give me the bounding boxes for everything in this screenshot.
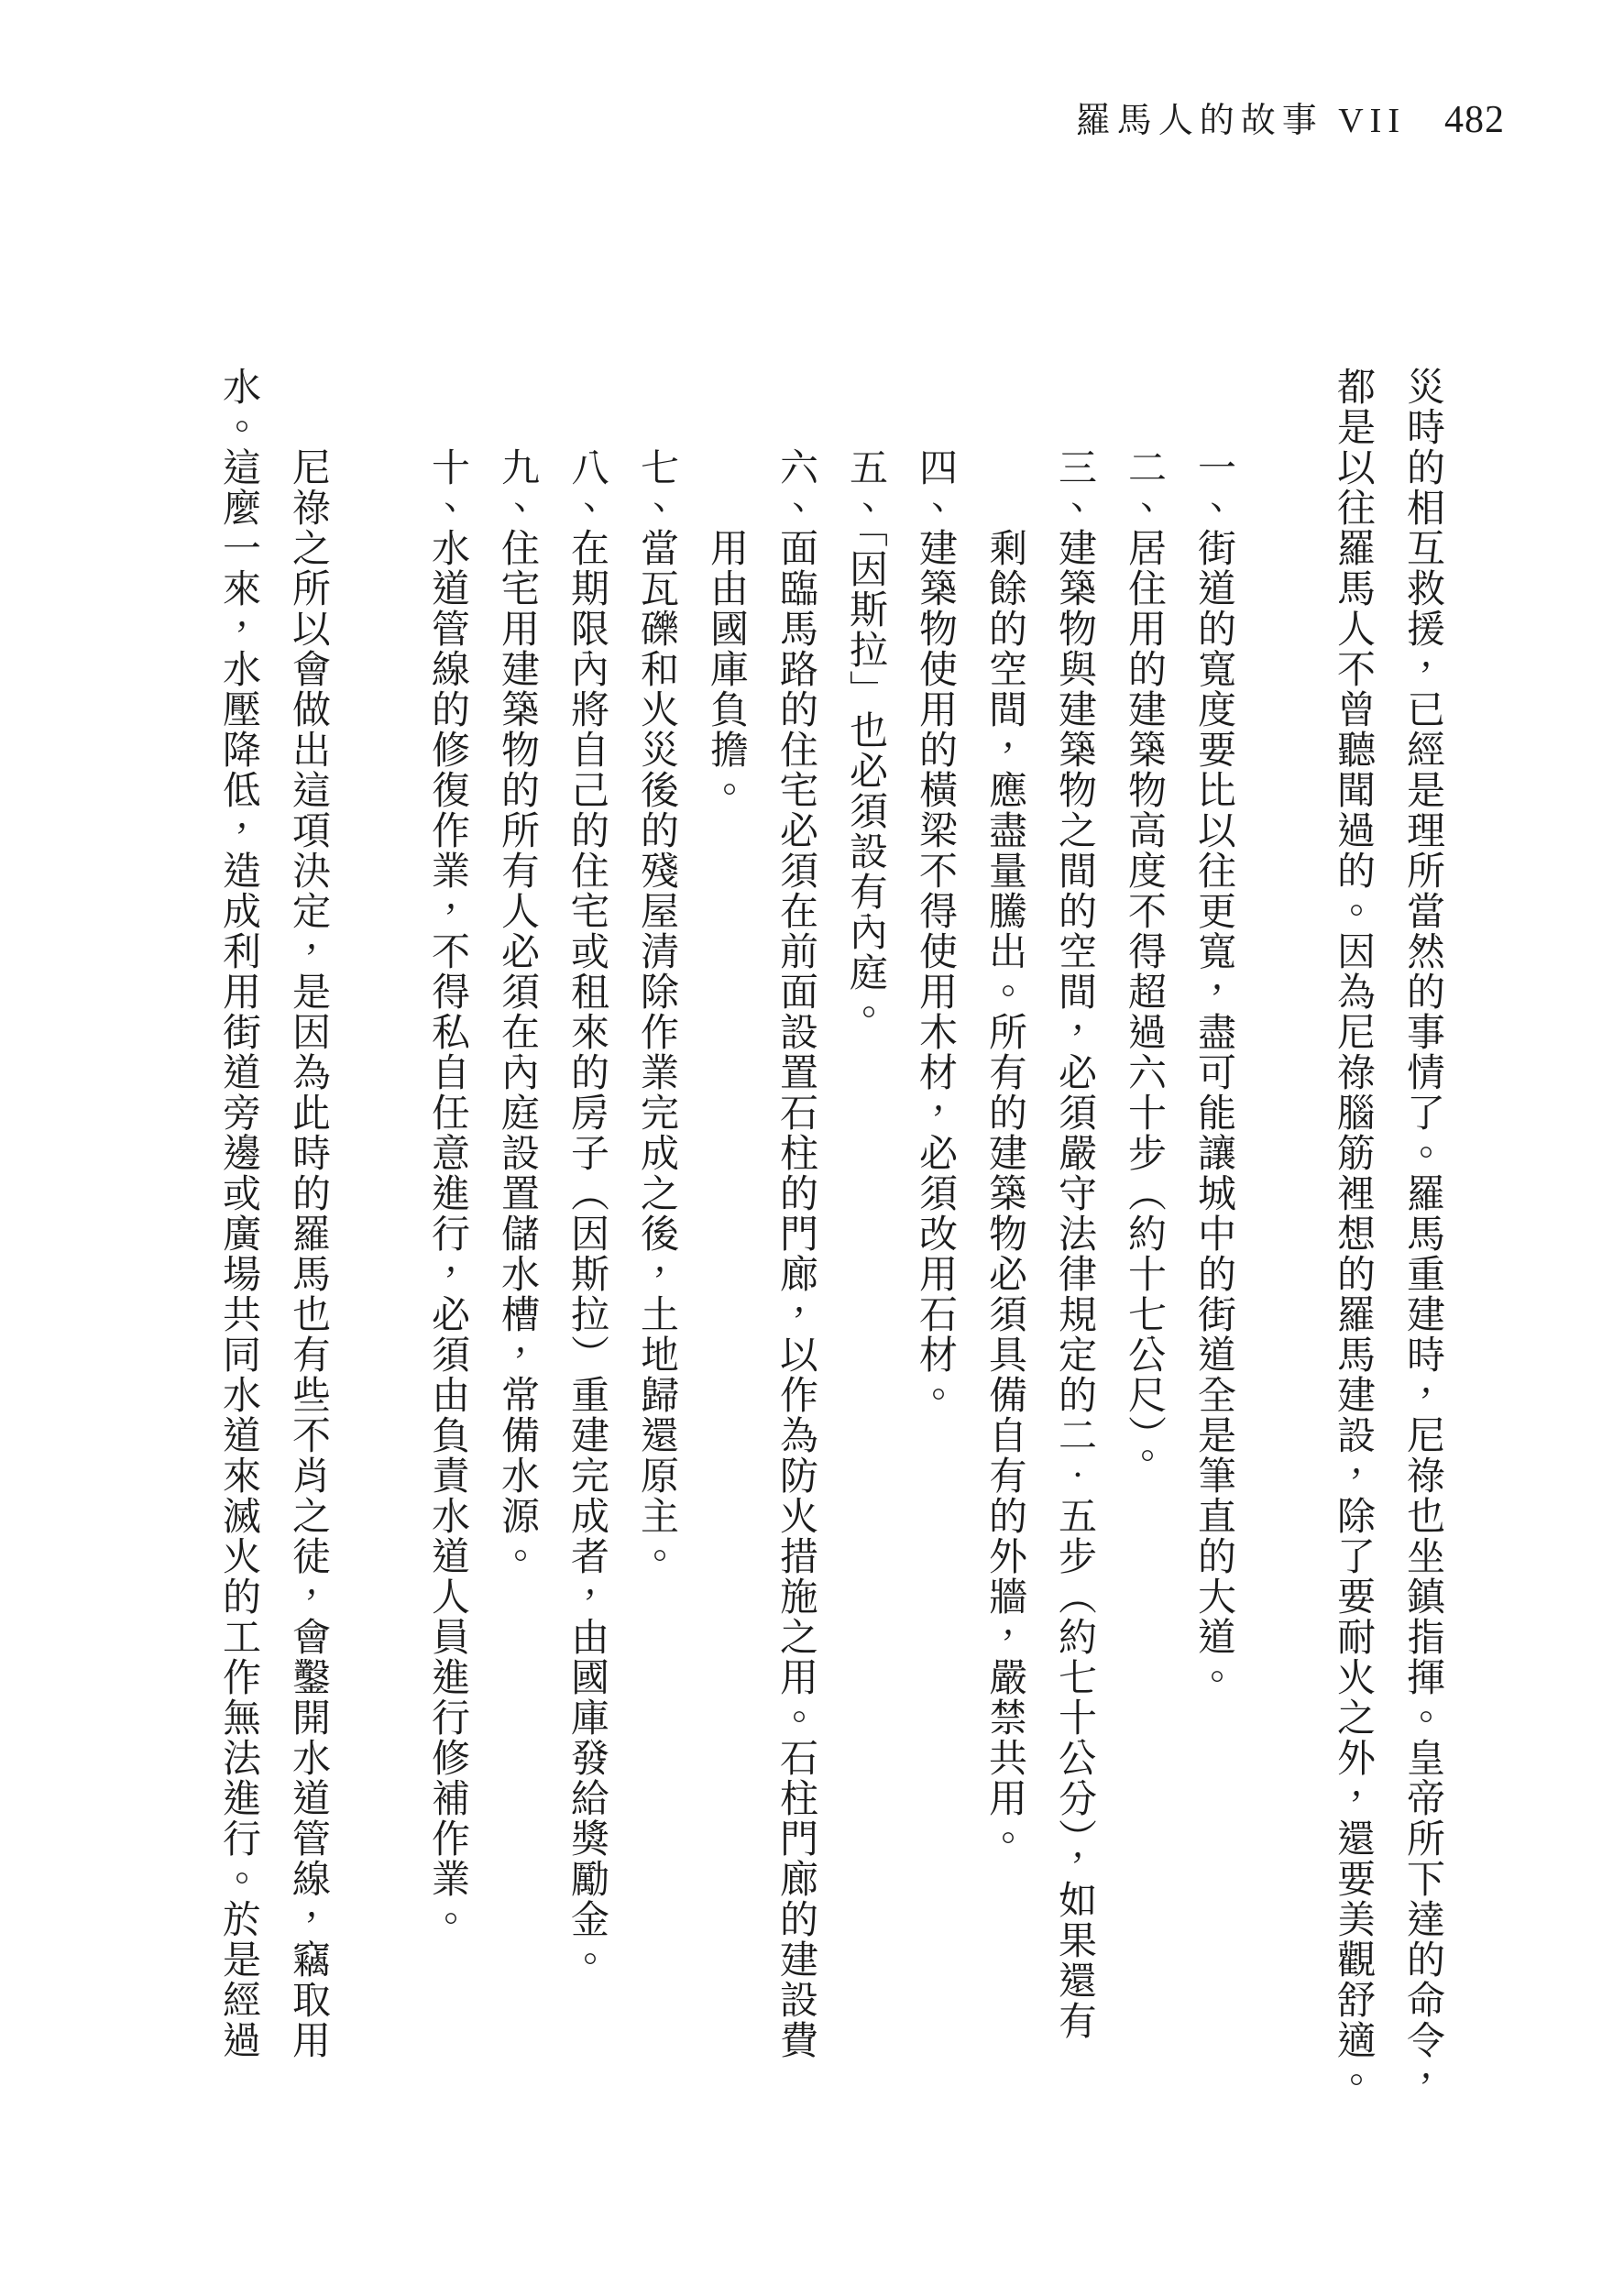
text-column: 五、「因斯拉」也必須設有內庭。 [830,367,900,2108]
book-page: 羅馬人的故事 VII 482 災時的相互救援，已經是理所當然的事情了。羅馬重建時… [0,0,1624,2273]
text-column: 一、街道的寬度要比以往更寬，盡可能讓城中的街道全是筆直的大道。 [1179,367,1248,2108]
text-column: 六、面臨馬路的住宅必須在前面設置石柱的門廊，以作為防火措施之用。石柱門廊的建設費 [761,367,830,2108]
text-column: 剩餘的空間，應盡量騰出。所有的建築物必須具備自有的外牆，嚴禁共用。 [970,367,1039,2108]
text-column: 三、建築物與建築物之間的空間，必須嚴守法律規定的二．五步（約七十公分），如果還有 [1039,367,1109,2108]
text-column: 七、當瓦礫和火災後的殘屋清除作業完成之後，土地歸還原主。 [621,367,691,2108]
text-column: 都是以往羅馬人不曾聽聞過的。因為尼祿腦筋裡想的羅馬建設，除了要耐火之外，還要美觀… [1318,367,1388,2108]
text-column: 九、住宅用建築物的所有人必須在內庭設置儲水槽，常備水源。 [482,367,552,2108]
page-number: 482 [1444,98,1505,142]
running-head: 羅馬人的故事 VII 482 [1076,92,1505,142]
text-column: 八、在期限內將自己的住宅或租來的房子（因斯拉）重建完成者，由國庫發給獎勵金。 [552,367,621,2108]
vertical-text-block: 災時的相互救援，已經是理所當然的事情了。羅馬重建時，尼祿也坐鎮指揮。皇帝所下達的… [203,367,1457,2108]
text-column: 四、建築物使用的橫梁不得使用木材，必須改用石材。 [900,367,970,2108]
text-column: 十、水道管線的修復作業，不得私自任意進行，必須由負責水道人員進行修補作業。 [412,367,482,2108]
text-column: 水。這麼一來，水壓降低，造成利用街道旁邊或廣場共同水道來滅火的工作無法進行。於是… [203,367,273,2108]
text-column: 災時的相互救援，已經是理所當然的事情了。羅馬重建時，尼祿也坐鎮指揮。皇帝所下達的… [1388,367,1457,2108]
text-column: 尼祿之所以會做出這項決定，是因為此時的羅馬也有些不肖之徒，會鑿開水道管線，竊取用 [273,367,343,2108]
text-column: 二、居住用的建築物高度不得超過六十步（約十七公尺）。 [1109,367,1179,2108]
text-column: 用由國庫負擔。 [691,367,761,2108]
book-title: 羅馬人的故事 VII [1076,92,1406,142]
